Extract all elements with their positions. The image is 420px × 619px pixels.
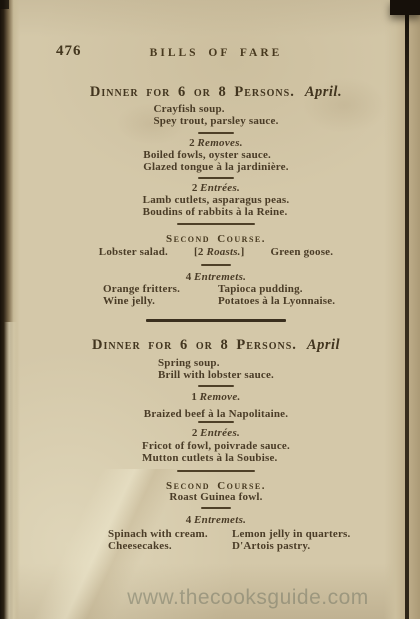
dark-corner-top-left bbox=[0, 0, 9, 9]
course-word: Entremets. bbox=[194, 514, 246, 526]
dish-line: Fricot of fowl, poivrade sauce. bbox=[142, 441, 290, 453]
menu1-roasts-row: Lobster salad. [2 Roasts.] Green goose. bbox=[30, 246, 402, 258]
dish-line: Glazed tongue à la jardinière. bbox=[143, 162, 288, 174]
dish-line: Lamb cutlets, asparagus peas. bbox=[143, 195, 290, 207]
course-count: 4 bbox=[186, 271, 194, 283]
entremets-right-column: Tapioca pudding. Potatoes à la Lyonnaise… bbox=[218, 284, 335, 308]
course-count: 4 bbox=[186, 514, 194, 526]
menu1-month: April. bbox=[305, 84, 342, 100]
menu2-entrees-label: 2 Entrées. bbox=[30, 427, 402, 439]
menu2-remove-label: 1 Remove. bbox=[30, 391, 402, 403]
menu1-entrees: Lamb cutlets, asparagus peas. Boudins of… bbox=[30, 195, 402, 220]
course-word: Removes. bbox=[197, 137, 242, 149]
menu2-remove: Braized beef à la Napolitaine. bbox=[30, 404, 402, 422]
watermark: www.thecooksguide.com bbox=[30, 586, 420, 610]
course-word: Remove. bbox=[200, 391, 241, 403]
dish-line: Spey trout, parsley sauce. bbox=[153, 116, 278, 128]
running-head: BILLS OF FARE bbox=[30, 47, 402, 59]
menu1-first-course: Crayfish soup. Spey trout, parsley sauce… bbox=[30, 104, 402, 129]
menu2-entremets-label: 4 Entremets. bbox=[30, 514, 402, 526]
divider-rule bbox=[177, 223, 255, 225]
menu1-removes: Boiled fowls, oyster sauce. Glazed tongu… bbox=[30, 150, 402, 175]
dish-line: Wine jelly. bbox=[103, 296, 218, 308]
course-count: 1 bbox=[191, 391, 199, 403]
divider-rule bbox=[198, 385, 234, 387]
page-content: 476 BILLS OF FARE Dinner for 6 or 8 Pers… bbox=[30, 0, 402, 619]
course-word: Entrées. bbox=[200, 182, 240, 194]
roasts-word: Roasts. bbox=[207, 246, 241, 258]
menu2-month: April bbox=[307, 337, 340, 353]
dish-line: Boudins of rabbits à la Reine. bbox=[143, 207, 290, 219]
dish-line: Brill with lobster sauce. bbox=[158, 370, 274, 382]
menu1-entremets-label: 4 Entremets. bbox=[30, 271, 402, 283]
menu2-entrees: Fricot of fowl, poivrade sauce. Mutton c… bbox=[30, 441, 402, 466]
divider-rule bbox=[198, 177, 234, 179]
course-word: Entrées. bbox=[200, 427, 240, 439]
course-word: Entremets. bbox=[194, 271, 246, 283]
menu2-title: Dinner for 6 or 8 Persons.April bbox=[30, 337, 402, 354]
page-edge-shadow-line bbox=[405, 0, 409, 619]
course-count: 2 bbox=[192, 427, 200, 439]
dish-line: Braized beef à la Napolitaine. bbox=[144, 409, 288, 421]
menu-separator-rule bbox=[146, 319, 286, 322]
dish-line: Potatoes à la Lyonnaise. bbox=[218, 296, 335, 308]
page-stack-edge bbox=[384, 0, 420, 619]
entremets-right-column: Lemon jelly in quarters. D'Artois pastry… bbox=[232, 529, 350, 553]
course-count: 2 bbox=[192, 182, 200, 194]
menu2-title-main: Dinner for 6 or 8 Persons. bbox=[92, 337, 297, 353]
dark-corner-top-right bbox=[390, 0, 420, 15]
menu1-entrees-label: 2 Entrées. bbox=[30, 182, 402, 194]
divider-rule bbox=[201, 507, 231, 509]
dish-line: Green goose. bbox=[271, 246, 334, 258]
menu1-second-course-heading: Second Course. bbox=[30, 233, 402, 245]
menu1-removes-label: 2 Removes. bbox=[30, 137, 402, 149]
book-page-scan: 476 BILLS OF FARE Dinner for 6 or 8 Pers… bbox=[0, 0, 420, 619]
roasts-note: [2 Roasts.] bbox=[194, 246, 245, 258]
dish-line: Boiled fowls, oyster sauce. bbox=[143, 150, 288, 162]
menu1-title: Dinner for 6 or 8 Persons.April. bbox=[30, 84, 402, 101]
menu2-first-course: Spring soup. Brill with lobster sauce. bbox=[30, 358, 402, 383]
divider-rule bbox=[177, 470, 255, 472]
entremets-left-column: Spinach with cream. Cheesecakes. bbox=[108, 529, 232, 553]
divider-rule bbox=[201, 264, 231, 266]
menu1-title-main: Dinner for 6 or 8 Persons. bbox=[90, 84, 295, 100]
bracket: ] bbox=[241, 246, 245, 258]
entremets-left-column: Orange fritters. Wine jelly. bbox=[103, 284, 218, 308]
bracket: [2 bbox=[194, 246, 207, 258]
dish-line: Crayfish soup. bbox=[153, 104, 278, 116]
dish-line: Cheesecakes. bbox=[108, 541, 232, 553]
dish-line: Roast Guinea fowl. bbox=[30, 492, 402, 504]
menu2-entremets: Spinach with cream. Cheesecakes. Lemon j… bbox=[30, 529, 402, 553]
dish-line: Spring soup. bbox=[158, 358, 274, 370]
dish-line: Mutton cutlets à la Soubise. bbox=[142, 453, 290, 465]
dish-line: D'Artois pastry. bbox=[232, 541, 350, 553]
page-edge-highlight bbox=[4, 322, 17, 619]
menu1-entremets: Orange fritters. Wine jelly. Tapioca pud… bbox=[30, 284, 402, 308]
dish-line: Lobster salad. bbox=[99, 246, 168, 258]
divider-rule bbox=[198, 132, 234, 134]
divider-rule bbox=[198, 421, 234, 423]
